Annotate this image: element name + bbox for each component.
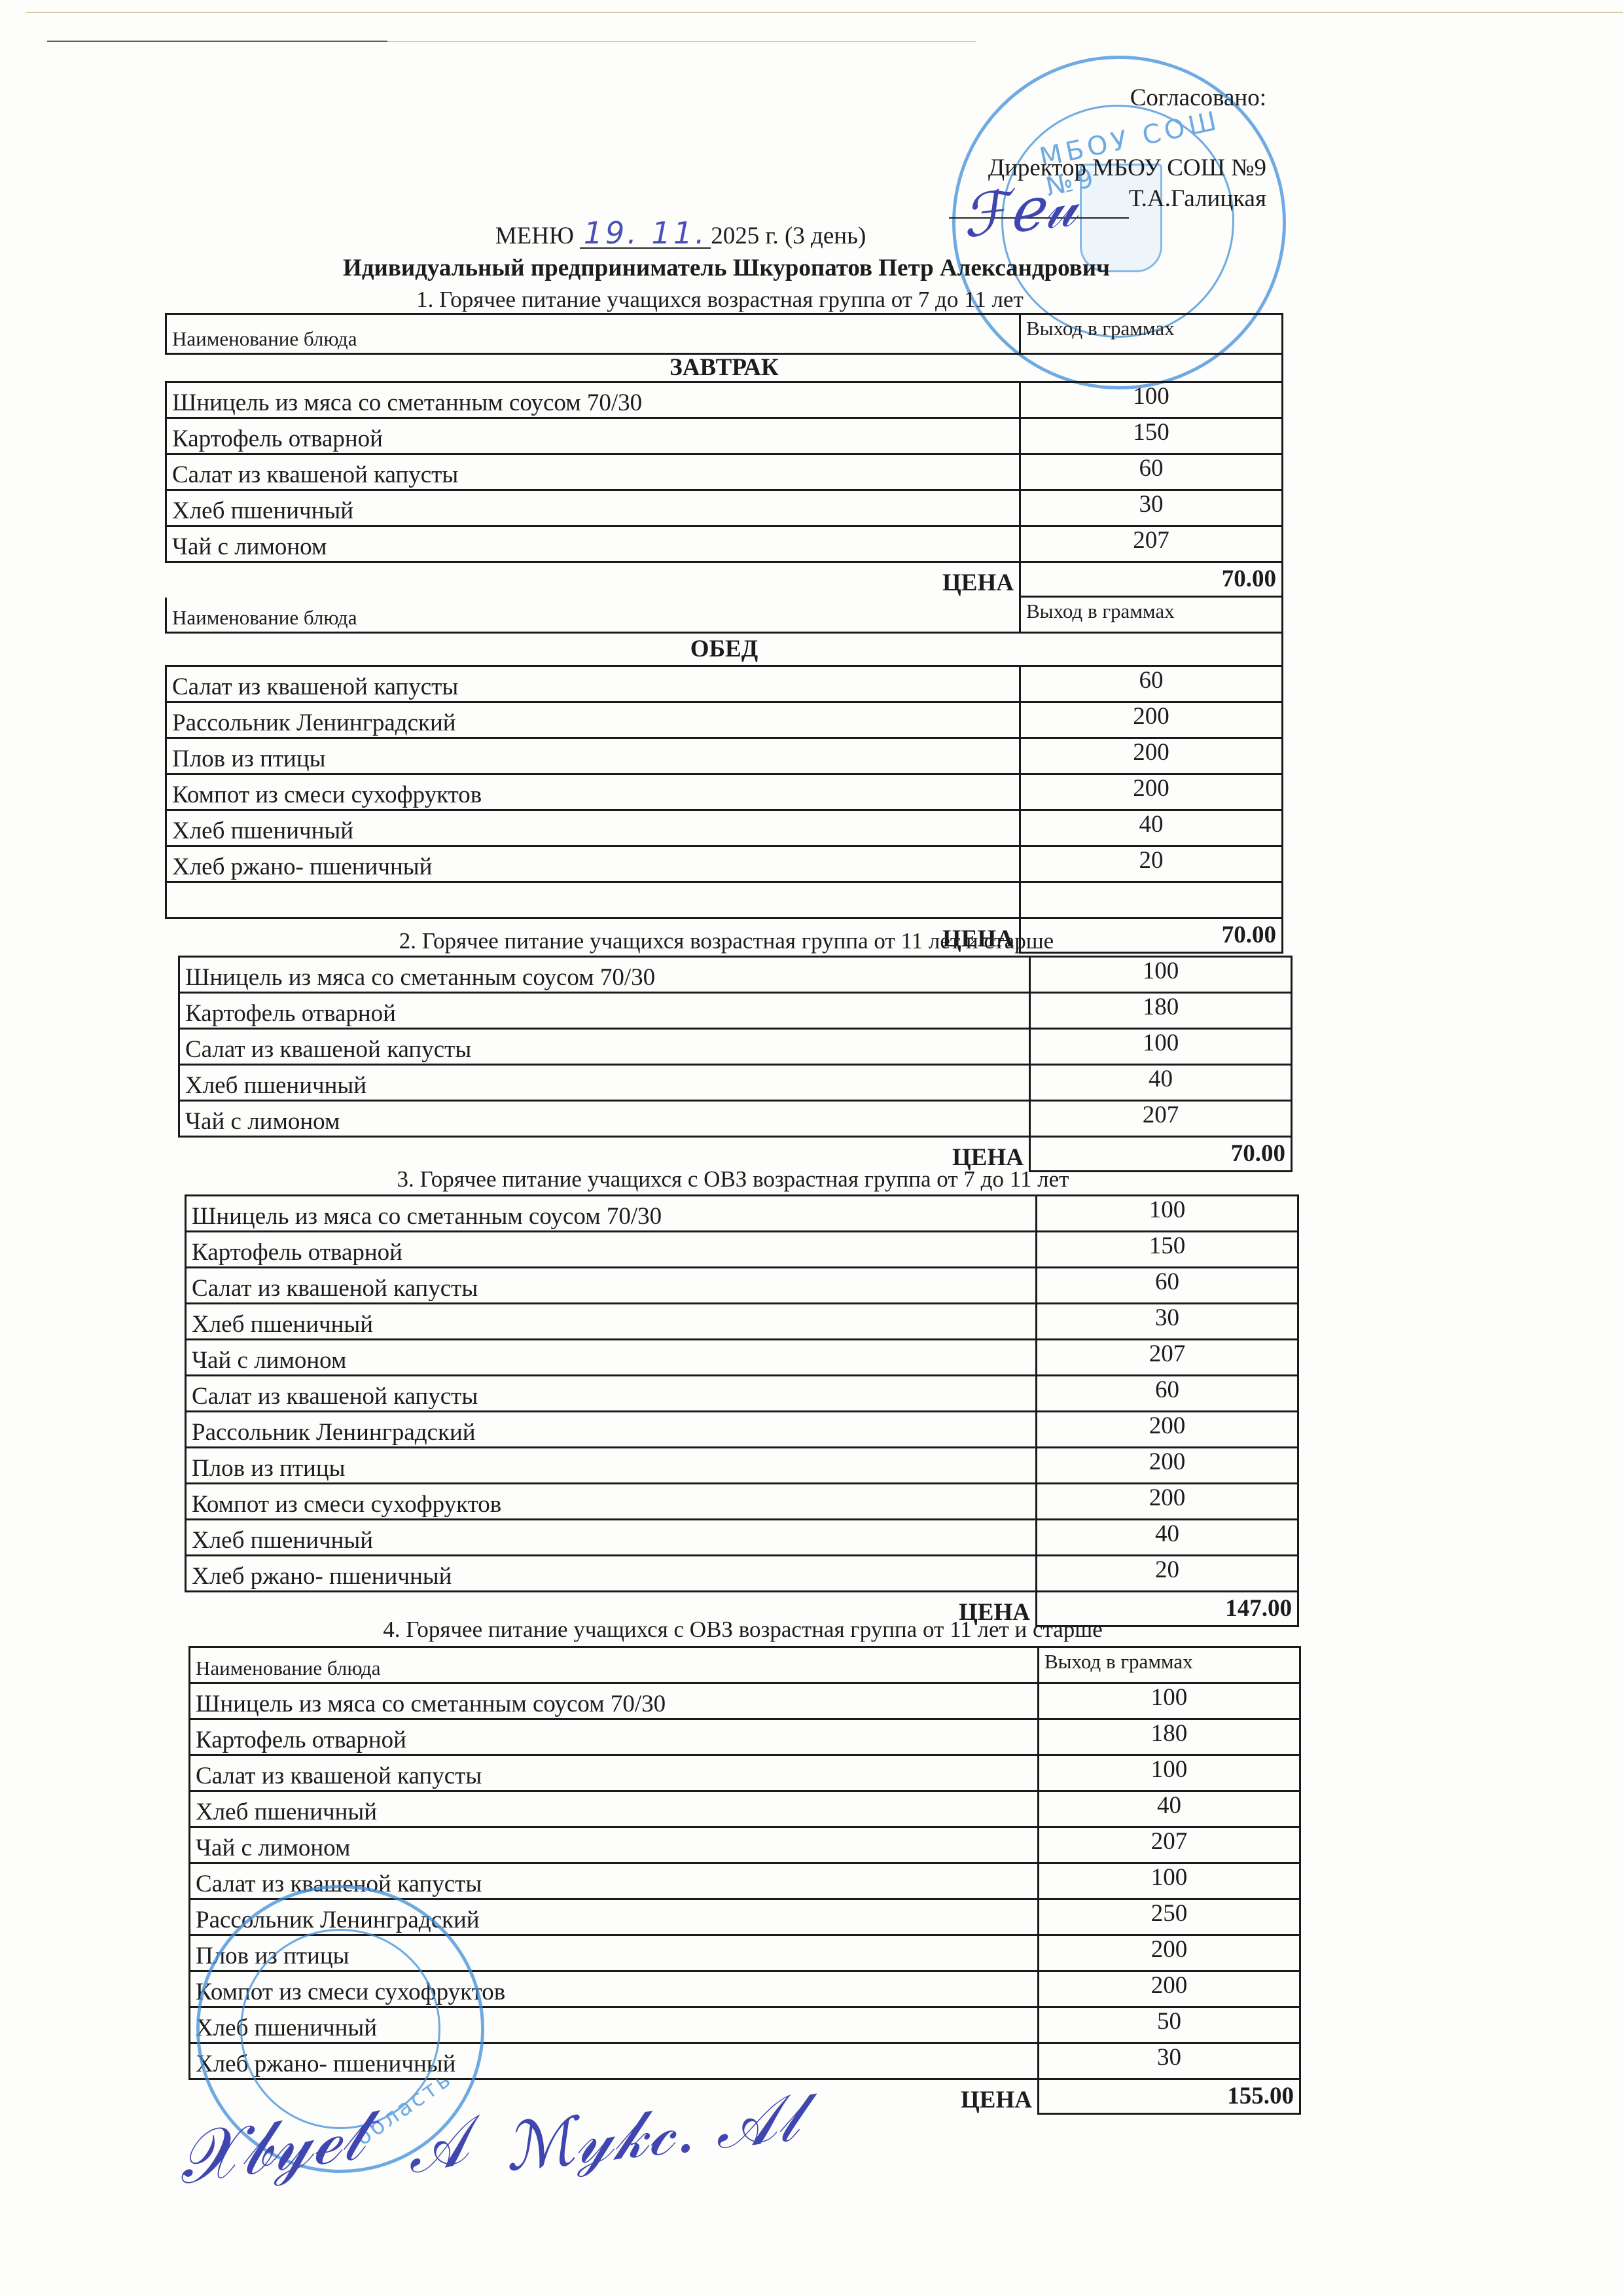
dish-quantity: 40 (1037, 1520, 1298, 1556)
meal-row: ОБЕД (166, 633, 1283, 666)
dish-quantity: 100 (1037, 1196, 1298, 1232)
dish-quantity: 200 (1020, 738, 1283, 774)
meal-title-breakfast: ЗАВТРАК (166, 354, 1283, 382)
dish-quantity: 200 (1039, 1935, 1300, 1971)
table-row: Хлеб пшеничный40 (166, 810, 1283, 846)
dish-quantity: 100 (1039, 1863, 1300, 1899)
table-row: Шницель из мяса со сметанным соусом 70/3… (166, 382, 1283, 418)
dish-quantity: 150 (1037, 1232, 1298, 1268)
meal-title-lunch: ОБЕД (166, 633, 1283, 666)
table-row: Хлеб пшеничный30 (186, 1304, 1298, 1340)
dish-quantity: 30 (1020, 490, 1283, 526)
dish-name: Хлеб пшеничный (166, 490, 1020, 526)
dish-quantity: 30 (1037, 1304, 1298, 1340)
price-row: ЦЕНА 70.00 (166, 562, 1283, 597)
dish-quantity: 100 (1039, 1755, 1300, 1791)
table-row: Плов из птицы200 (186, 1448, 1298, 1484)
dish-name: Салат из квашеной капусты (166, 454, 1020, 490)
table-row: Картофель отварной180 (190, 1719, 1300, 1755)
dish-name: Рассольник Ленинградский (166, 702, 1020, 738)
dish-quantity: 207 (1020, 526, 1283, 562)
section-1-title: 1. Горячее питание учащихся возрастная г… (0, 287, 1440, 313)
dish-quantity: 60 (1037, 1376, 1298, 1412)
table-row: Чай с лимоном207 (179, 1101, 1292, 1137)
menu-title: МЕНЮ 19. 11.2025 г. (3 день) (0, 219, 1361, 250)
dish-quantity: 50 (1039, 2007, 1300, 2043)
column-header-name: Наименование блюда (190, 1647, 1039, 1683)
table-row: Хлеб пшеничный40 (186, 1520, 1298, 1556)
dish-name: Салат из квашеной капусты (186, 1268, 1037, 1304)
dish-quantity: 100 (1030, 1029, 1292, 1065)
price-value: 70.00 (1020, 562, 1283, 597)
dish-quantity: 100 (1020, 382, 1283, 418)
column-header-name: Наименование блюда (166, 314, 1020, 354)
table-row: Компот из смеси сухофруктов200 (186, 1484, 1298, 1520)
dish-name: Плов из птицы (166, 738, 1020, 774)
dish-name: Хлеб пшеничный (186, 1304, 1037, 1340)
dish-name: Хлеб пшеничный (179, 1065, 1030, 1101)
table-row: Шницель из мяса со сметанным соусом 70/3… (190, 1683, 1300, 1719)
column-header-qty: Выход в граммах (1020, 314, 1283, 354)
section-3-items: Шницель из мяса со сметанным соусом 70/3… (186, 1196, 1298, 1592)
column-header-qty: Выход в граммах (1020, 597, 1283, 633)
dish-name: Чай с лимоном (186, 1340, 1037, 1376)
dish-quantity: 200 (1037, 1484, 1298, 1520)
dish-quantity: 20 (1020, 846, 1283, 882)
column-header-name: Наименование блюда (166, 597, 1020, 633)
breakfast-items: Шницель из мяса со сметанным соусом 70/3… (166, 382, 1283, 562)
dish-quantity: 150 (1020, 418, 1283, 454)
dish-name: Компот из смеси сухофруктов (166, 774, 1020, 810)
section-2-table: Шницель из мяса со сметанным соусом 70/3… (178, 956, 1293, 1172)
dish-name: Чай с лимоном (166, 526, 1020, 562)
dish-name: Хлеб пшеничный (190, 1791, 1039, 1827)
dish-quantity: 30 (1039, 2043, 1300, 2079)
price-label: ЦЕНА (166, 562, 1020, 597)
dish-quantity: 20 (1037, 1556, 1298, 1592)
dish-name: Хлеб пшеничный (166, 810, 1020, 846)
table-row: Хлеб пшеничный40 (190, 1791, 1300, 1827)
table-row: Салат из квашеной капусты60 (186, 1268, 1298, 1304)
dish-quantity: 40 (1020, 810, 1283, 846)
dish-quantity: 250 (1039, 1899, 1300, 1935)
dish-name: Салат из квашеной капусты (186, 1376, 1037, 1412)
approval-name: Т.А.Галицкая (1129, 185, 1266, 213)
dish-name: Хлеб ржано- пшеничный (186, 1556, 1037, 1592)
column-header-qty: Выход в граммах (1039, 1647, 1300, 1683)
dish-name (166, 882, 1020, 918)
dish-quantity: 207 (1030, 1101, 1292, 1137)
dish-name: Салат из квашеной капусты (179, 1029, 1030, 1065)
dish-quantity: 200 (1039, 1971, 1300, 2007)
dish-name: Шницель из мяса со сметанным соусом 70/3… (186, 1196, 1037, 1232)
table-row: Хлеб ржано- пшеничный20 (186, 1556, 1298, 1592)
dish-quantity: 180 (1039, 1719, 1300, 1755)
dish-name: Чай с лимоном (190, 1827, 1039, 1863)
table-row: Салат из квашеной капусты100 (190, 1755, 1300, 1791)
dish-quantity: 200 (1037, 1412, 1298, 1448)
menu-date-field: 19. 11. (580, 219, 711, 249)
signature-2: 𝒜 (399, 2103, 474, 2190)
dish-quantity: 207 (1037, 1340, 1298, 1376)
dish-quantity: 40 (1030, 1065, 1292, 1101)
section-1-table: Наименование блюда Выход в граммах ЗАВТР… (165, 313, 1283, 954)
dish-name: Салат из квашеной капусты (190, 1755, 1039, 1791)
table-row: Плов из птицы200 (166, 738, 1283, 774)
dish-quantity: 100 (1030, 957, 1292, 993)
price-value: 155.00 (1039, 2079, 1300, 2114)
meal-row: ЗАВТРАК (166, 354, 1283, 382)
dish-quantity: 60 (1020, 666, 1283, 702)
table-row: Салат из квашеной капусты100 (179, 1029, 1292, 1065)
menu-prefix: МЕНЮ (495, 223, 574, 249)
dish-name: Хлеб ржано- пшеничный (166, 846, 1020, 882)
table-row: Шницель из мяса со сметанным соусом 70/3… (186, 1196, 1298, 1232)
table-row: Чай с лимоном207 (166, 526, 1283, 562)
dish-name: Шницель из мяса со сметанным соусом 70/3… (179, 957, 1030, 993)
dish-name: Компот из смеси сухофруктов (186, 1484, 1037, 1520)
dish-quantity: 180 (1030, 993, 1292, 1029)
dish-quantity: 200 (1037, 1448, 1298, 1484)
table-row: Рассольник Ленинградский200 (186, 1412, 1298, 1448)
dish-quantity: 60 (1037, 1268, 1298, 1304)
entrepreneur-title: Идивидуальный предприниматель Шкуропатов… (0, 254, 1453, 282)
dish-name: Чай с лимоном (179, 1101, 1030, 1137)
table-row: Картофель отварной150 (186, 1232, 1298, 1268)
dish-name: Рассольник Ленинградский (186, 1412, 1037, 1448)
table-row: Шницель из мяса со сметанным соусом 70/3… (179, 957, 1292, 993)
dish-name: Шницель из мяса со сметанным соусом 70/3… (190, 1683, 1039, 1719)
table-row: Хлеб ржано- пшеничный20 (166, 846, 1283, 882)
dish-name: Плов из птицы (186, 1448, 1037, 1484)
table-row: Чай с лимоном207 (186, 1340, 1298, 1376)
scan-artifact-line (387, 41, 976, 42)
approval-label: Согласовано: (1130, 84, 1266, 112)
dish-name: Картофель отварной (186, 1232, 1037, 1268)
lunch-items: Салат из квашеной капусты60Рассольник Ле… (166, 666, 1283, 918)
section-3-table: Шницель из мяса со сметанным соусом 70/3… (185, 1194, 1299, 1627)
table-row: Чай с лимоном207 (190, 1827, 1300, 1863)
scan-edge-line (26, 12, 1623, 13)
dish-quantity: 200 (1020, 774, 1283, 810)
table-row: Салат из квашеной капусты60 (186, 1376, 1298, 1412)
table-row: Хлеб пшеничный40 (179, 1065, 1292, 1101)
section-3-title: 3. Горячее питание учащихся с ОВЗ возрас… (0, 1166, 1466, 1193)
dish-quantity: 200 (1020, 702, 1283, 738)
dish-quantity: 60 (1020, 454, 1283, 490)
dish-name: Картофель отварной (190, 1719, 1039, 1755)
dish-quantity: 40 (1039, 1791, 1300, 1827)
dish-quantity: 207 (1039, 1827, 1300, 1863)
table-row: Рассольник Ленинградский200 (166, 702, 1283, 738)
section-4-title: 4. Горячее питание учащихся с ОВЗ возрас… (0, 1617, 1486, 1643)
table-header-row: Наименование блюда Выход в граммах (190, 1647, 1300, 1683)
table-header-row: Наименование блюда Выход в граммах (166, 597, 1283, 633)
dish-quantity: 100 (1039, 1683, 1300, 1719)
dish-name: Шницель из мяса со сметанным соусом 70/3… (166, 382, 1020, 418)
section-2-items: Шницель из мяса со сметанным соусом 70/3… (179, 957, 1292, 1137)
table-header-row: Наименование блюда Выход в граммах (166, 314, 1283, 354)
table-row: Салат из квашеной капусты60 (166, 454, 1283, 490)
dish-name: Хлеб пшеничный (186, 1520, 1037, 1556)
table-row: Картофель отварной150 (166, 418, 1283, 454)
table-row: Компот из смеси сухофруктов200 (166, 774, 1283, 810)
table-row: Картофель отварной180 (179, 993, 1292, 1029)
menu-suffix: 2025 г. (3 день) (711, 223, 866, 249)
dish-name: Картофель отварной (179, 993, 1030, 1029)
table-row (166, 882, 1283, 918)
section-2-title: 2. Горячее питание учащихся возрастная г… (0, 928, 1453, 954)
scan-artifact-line (47, 41, 387, 42)
table-row: Салат из квашеной капусты60 (166, 666, 1283, 702)
dish-name: Картофель отварной (166, 418, 1020, 454)
dish-name: Салат из квашеной капусты (166, 666, 1020, 702)
table-row: Хлеб пшеничный30 (166, 490, 1283, 526)
dish-quantity (1020, 882, 1283, 918)
